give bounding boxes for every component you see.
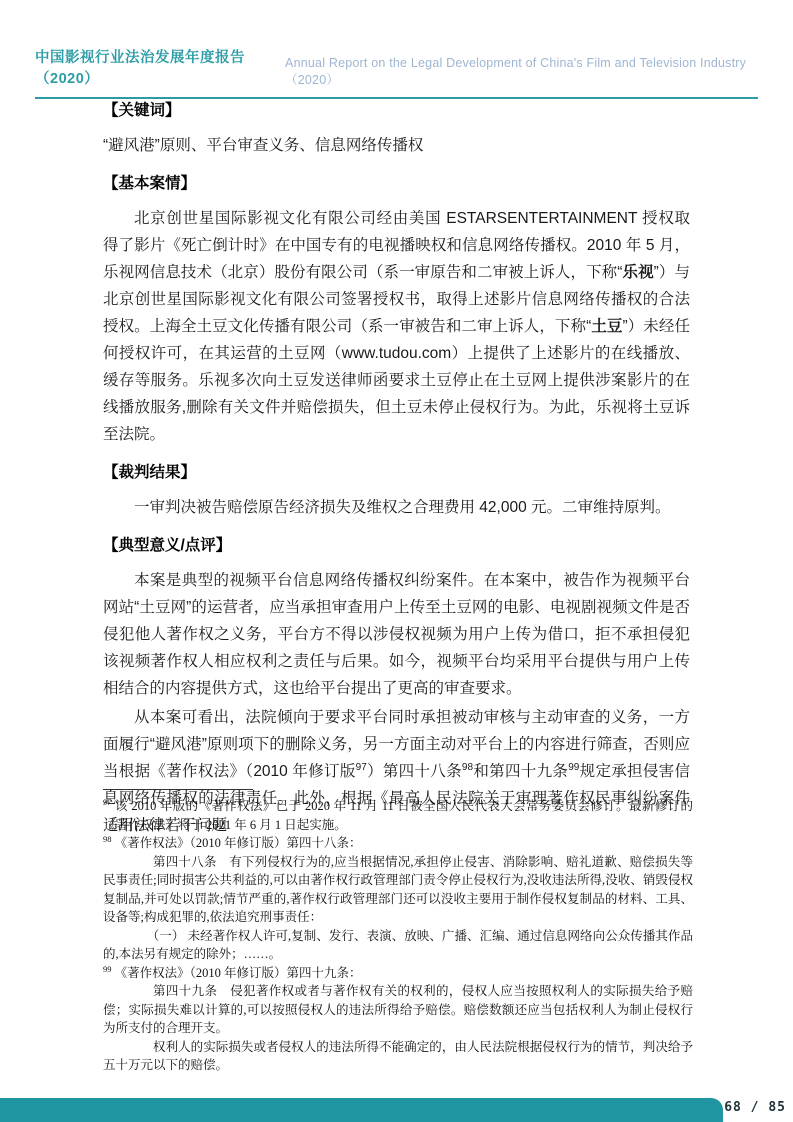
result-paragraph: 一审判决被告赔偿原告经济损失及维权之合理费用 42,000 元。二审维持原判。 xyxy=(103,494,690,521)
page-number: 68 / 85 xyxy=(724,1100,786,1115)
facts-paragraph: 北京创世星国际影视文化有限公司经由美国 ESTARSENTERTAINMENT … xyxy=(103,205,690,448)
facts-bold-tudou: 土豆 xyxy=(591,318,622,335)
header-title-en: Annual Report on the Legal Development o… xyxy=(285,56,758,88)
page-body: 【关键词】 “避风港”原则、平台审查义务、信息网络传播权 【基本案情】 北京创世… xyxy=(103,92,690,841)
header-title-zh: 中国影视行业法治发展年度报告（2020） xyxy=(35,46,285,88)
footnote-97-marker: 97 xyxy=(103,797,112,807)
footnote-98-item: （一） 未经著作权人许可,复制、发行、表演、放映、广播、汇编、通过信息网络向公众… xyxy=(103,927,693,964)
footnote-99-body: 第四十九条 侵犯著作权或者与著作权有关的权利的，侵权人应当按照权利人的实际损失给… xyxy=(103,982,693,1038)
footnote-99-marker: 99 xyxy=(103,963,112,973)
facts-bold-leshi: 乐视 xyxy=(622,264,653,281)
footer-accent-bar xyxy=(0,1098,723,1122)
footnote-98-intro-text: 《著作权法》（2010 年修订版）第四十八条： xyxy=(115,836,362,850)
result-heading: 【裁判结果】 xyxy=(103,462,690,484)
comment2-seg3: 和第四十九条 xyxy=(473,763,568,780)
footnote-ref-97: 97 xyxy=(356,762,367,773)
footnote-97: 97 该 2010 年版的《著作权法》已于 2020 年 11 月 11 日被全… xyxy=(103,797,693,834)
footnote-99-intro-text: 《著作权法》（2010 年修订版）第四十九条： xyxy=(115,966,362,980)
footnote-ref-99: 99 xyxy=(568,762,579,773)
footnote-98-intro: 98 《著作权法》（2010 年修订版）第四十八条： xyxy=(103,834,693,853)
comment-paragraph-1: 本案是典型的视频平台信息网络传播权纠纷案件。在本案中，被告作为视频平台网站“土豆… xyxy=(103,567,690,702)
facts-heading: 【基本案情】 xyxy=(103,173,690,195)
facts-seg3: ”）未经任何授权许可，在其运营的土豆网（www.tudou.com）上提供了上述… xyxy=(103,318,690,443)
footnote-separator xyxy=(103,789,253,790)
keywords-text: “避风港”原则、平台审查义务、信息网络传播权 xyxy=(103,132,690,159)
footnote-ref-98: 98 xyxy=(462,762,473,773)
footnotes: 97 该 2010 年版的《著作权法》已于 2020 年 11 月 11 日被全… xyxy=(103,797,693,1075)
keywords-heading: 【关键词】 xyxy=(103,100,690,122)
facts-seg1: 北京创世星国际影视文化有限公司经由美国 ESTARSENTERTAINMENT … xyxy=(103,210,690,281)
footnote-99-intro: 99 《著作权法》（2010 年修订版）第四十九条： xyxy=(103,964,693,983)
footnote-99-body2: 权利人的实际损失或者侵权人的违法所得不能确定的，由人民法院根据侵权行为的情节，判… xyxy=(103,1038,693,1075)
footnote-98-marker: 98 xyxy=(103,834,112,844)
comment2-seg2: ）第四十八条 xyxy=(367,763,462,780)
document-page: 中国影视行业法治发展年度报告（2020） Annual Report on th… xyxy=(0,0,793,1122)
footnote-98-body: 第四十八条 有下列侵权行为的,应当根据情况,承担停止侵害、消除影响、赔礼道歉、赔… xyxy=(103,853,693,927)
comment-heading: 【典型意义/点评】 xyxy=(103,535,690,557)
footnote-97-text: 该 2010 年版的《著作权法》已于 2020 年 11 月 11 日被全国人民… xyxy=(103,799,693,832)
